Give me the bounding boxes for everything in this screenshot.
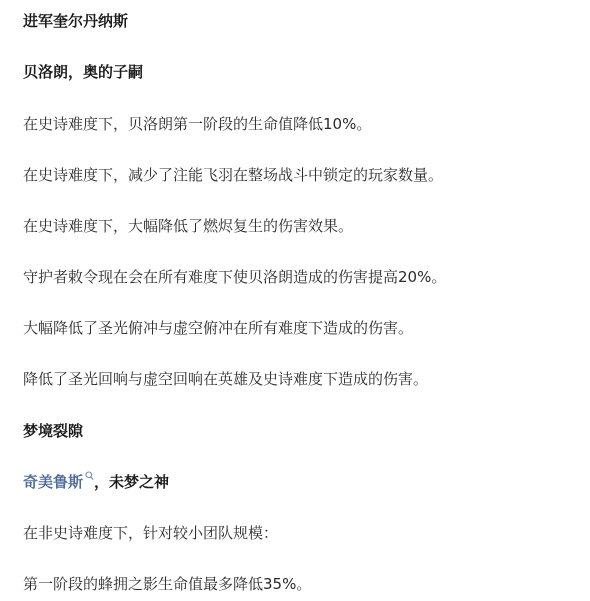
boss-name-link[interactable]: 奇美鲁斯 (23, 473, 83, 491)
section-title-raid: 进军奎尔丹纳斯 (23, 11, 128, 31)
patch-note: 降低了圣光回响与虚空回响在英雄及史诗难度下造成的伤害。 (23, 369, 428, 389)
patch-note: 第一阶段的蜂拥之影生命值最多降低35%。 (23, 574, 311, 594)
section-title-raid: 梦境裂隙 (23, 421, 83, 441)
patch-note: 在史诗难度下，减少了注能飞羽在整场战斗中锁定的玩家数量。 (23, 165, 443, 185)
patch-note: 在史诗难度下，大幅降低了燃烬复生的伤害效果。 (23, 216, 353, 236)
patch-note: 在史诗难度下，贝洛朗第一阶段的生命值降低10%。 (23, 114, 371, 134)
boss-title-suffix: ，未梦之神 (94, 473, 169, 491)
patch-note: 守护者敕令现在会在所有难度下使贝洛朗造成的伤害提高20%。 (23, 267, 446, 287)
boss-title: 奇美鲁斯，未梦之神 (23, 472, 169, 492)
patch-note: 大幅降低了圣光俯冲与虚空俯冲在所有难度下造成的伤害。 (23, 318, 413, 338)
boss-title: 贝洛朗，奥的子嗣 (23, 62, 143, 82)
search-icon[interactable] (85, 471, 94, 481)
patch-note: 在非史诗难度下，针对较小团队规模： (23, 523, 278, 543)
